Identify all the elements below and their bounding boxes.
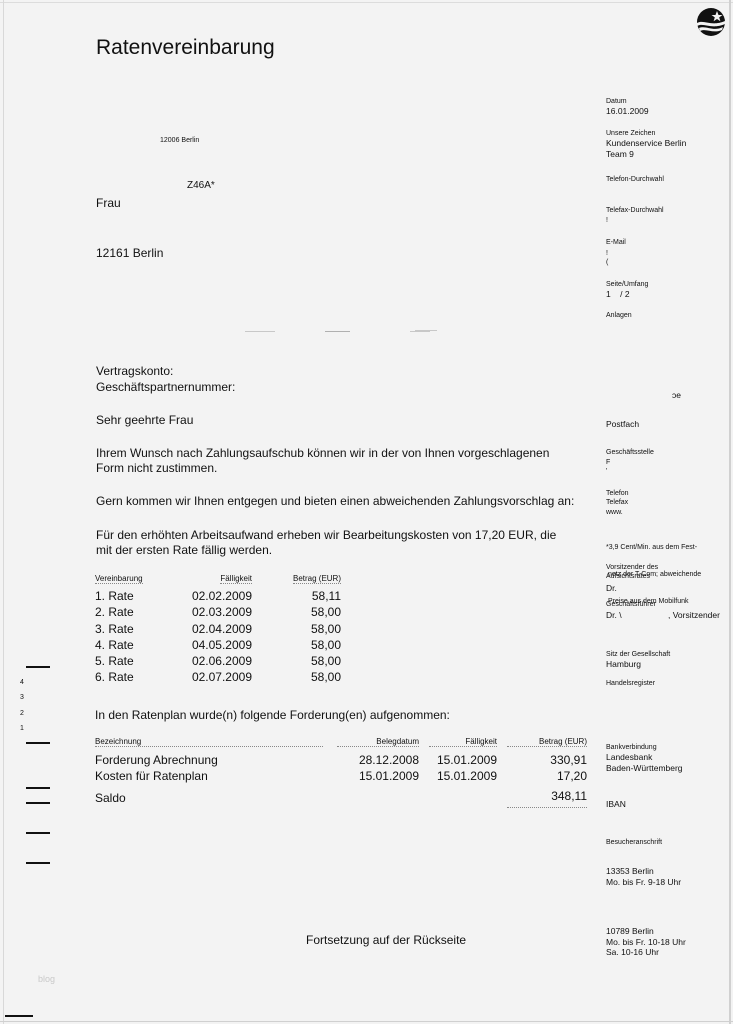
seat-value: Hamburg [606,659,641,670]
installment-label: 2. Rate [95,604,170,620]
document-title: Ratenvereinbarung [96,36,275,60]
fax-label: Telefax [606,498,628,507]
fold-mark [26,862,50,864]
greeting: Sehr geehrte Frau [96,413,193,428]
claims-table-header: Bezeichnung Belegdatum Fälligkeit Betrag… [95,737,587,749]
recipient-code: Z46A* [187,180,215,191]
paragraph-line: Gern kommen wir Ihnen entgegen und biete… [96,494,574,509]
amount: 58,00 [252,669,341,685]
installment-row: 4. Rate04.05.200958,00 [95,637,341,653]
document-date: 15.01.2009 [327,768,419,784]
paragraph-line: Form nicht zustimmen. [96,461,549,476]
visitor-address-label: Besucheranschrift [606,838,662,847]
paragraph-line: mit der ersten Rate fällig werden. [96,543,556,558]
page-edge-bottom [0,1021,733,1022]
header-cell: Betrag (EUR) [252,574,341,585]
due-date: 02.06.2009 [170,653,252,669]
page-edge-top [0,2,733,3]
installment-label: 4. Rate [95,637,170,653]
header-cell: Fälligkeit [419,737,497,749]
claims-total-row: Saldo 348,11 [95,784,587,808]
scan-artifact [410,331,430,332]
page-edge-left [3,0,4,1024]
email-label: E-Mail [606,238,626,247]
punch-number: 3 [20,694,24,701]
installment-row: 2. Rate02.03.200958,00 [95,604,341,620]
claim-description: Kosten für Ratenplan [95,768,327,784]
amount: 58,11 [252,585,341,604]
paragraph-1: Ihrem Wunsch nach Zahlungsaufschub könne… [96,446,549,476]
recipient-salutation-line: Frau [96,196,121,211]
due-date: 15.01.2009 [419,768,497,784]
installment-row: 1. Rate02.02.200958,11 [95,585,341,604]
email-value: ! ( [606,249,608,267]
phone-label: Telefon [606,489,629,498]
amount: 330,91 [497,749,587,768]
installment-row: 6. Rate02.07.200958,00 [95,669,341,685]
scan-artifact [415,330,437,331]
attachments-label: Anlagen [606,311,632,320]
scan-artifact [325,331,350,332]
phone-direct-label: Telefon-Durchwahl [606,175,664,184]
document-date: 28.12.2008 [327,749,419,768]
header-cell: Belegdatum [327,737,419,749]
amount: 58,00 [252,621,341,637]
page-edge-right [729,0,731,1024]
reference-value: Kundenservice Berlin Team 9 [606,138,686,159]
management-value-right: , Vorsitzender [668,610,720,621]
installment-row: 5. Rate02.06.200958,00 [95,653,341,669]
claims-table: Bezeichnung Belegdatum Fälligkeit Betrag… [95,737,587,808]
fax-direct-label: Telefax-Durchwahl [606,206,664,215]
due-date: 15.01.2009 [419,749,497,768]
claim-description: Forderung Abrechnung [95,749,327,768]
due-date: 02.04.2009 [170,621,252,637]
scan-artifact [245,331,275,332]
header-cell: Bezeichnung [95,737,327,749]
due-date: 02.02.2009 [170,585,252,604]
fold-mark [26,802,50,804]
seat-label: Sitz der Gesellschaft [606,650,670,659]
office-label: Geschäftsstelle [606,448,654,457]
visitor-address-2: 10789 Berlin Mo. bis Fr. 10-18 Uhr Sa. 1… [606,926,686,958]
watermark: blog [38,974,55,984]
bank-label: Bankverbindung [606,743,657,752]
fold-mark [26,832,50,834]
office-value: F ' [606,458,610,476]
due-date: 02.03.2009 [170,604,252,620]
header-cell: Vereinbarung [95,574,170,585]
amount: 58,00 [252,637,341,653]
punch-number: 2 [20,710,24,717]
board-label: Vorsitzender des Aufsichtsrates [606,563,658,581]
date-label: Datum [606,97,627,106]
installment-label: 1. Rate [95,585,170,604]
paragraph-line: Für den erhöhten Arbeitsaufwand erheben … [96,528,556,543]
continuation-note: Fortsetzung auf der Rückseite [306,933,466,948]
fold-mark [26,666,50,668]
installment-label: 6. Rate [95,669,170,685]
iban-label: IBAN [606,799,626,810]
amount: 58,00 [252,604,341,620]
installment-table-header: Vereinbarung Fälligkeit Betrag (EUR) [95,574,341,585]
header-cell: Betrag (EUR) [497,737,587,749]
total-label: Saldo [95,784,327,808]
fold-mark [5,1015,33,1017]
paragraph-2: Gern kommen wir Ihnen entgegen und biete… [96,494,574,509]
amount: 17,20 [497,768,587,784]
business-partner-label: Geschäftspartnernummer: [96,380,235,395]
installment-label: 5. Rate [95,653,170,669]
page-value: 1 / 2 [606,289,630,300]
amount: 58,00 [252,653,341,669]
punch-number: 4 [20,679,24,686]
recipient-city: 12161 Berlin [96,246,163,261]
header-cell: Fälligkeit [170,574,252,585]
paragraph-line: Ihrem Wunsch nach Zahlungsaufschub könne… [96,446,549,461]
management-label: Geschäftsführer [606,600,656,609]
fold-mark [26,787,50,789]
globe-star-logo-icon [695,6,727,38]
installment-row: 3. Rate02.04.200958,00 [95,621,341,637]
installment-label: 3. Rate [95,621,170,637]
claims-intro: In den Ratenplan wurde(n) folgende Forde… [95,708,450,723]
postbox-label: Postfach [606,419,639,430]
fold-mark [26,742,50,744]
paragraph-3: Für den erhöhten Arbeitsaufwand erheben … [96,528,556,558]
sender-return-address: 12006 Berlin [160,137,199,144]
bank-value: Landesbank Baden-Württemberg [606,752,683,773]
reference-label: Unsere Zeichen [606,129,655,138]
punch-number: 1 [20,725,24,732]
board-value: Dr. [606,583,617,594]
contract-account-label: Vertragskonto: [96,364,173,379]
management-value-left: Dr. \ [606,610,622,621]
register-label: Handelsregister [606,679,655,688]
claim-row: Kosten für Ratenplan15.01.200915.01.2009… [95,768,587,784]
due-date: 02.07.2009 [170,669,252,685]
page-label: Seite/Umfang [606,280,648,289]
fax-direct-value: ! [606,216,608,225]
date-value: 16.01.2009 [606,106,649,117]
visitor-address-1: 13353 Berlin Mo. bis Fr. 9-18 Uhr [606,866,681,887]
total-value: 348,11 [507,788,587,808]
redacted-fragment: ɔe [672,390,681,401]
installment-table: Vereinbarung Fälligkeit Betrag (EUR) 1. … [95,574,341,686]
due-date: 04.05.2009 [170,637,252,653]
web-label: www. [606,508,623,517]
claim-row: Forderung Abrechnung28.12.200815.01.2009… [95,749,587,768]
